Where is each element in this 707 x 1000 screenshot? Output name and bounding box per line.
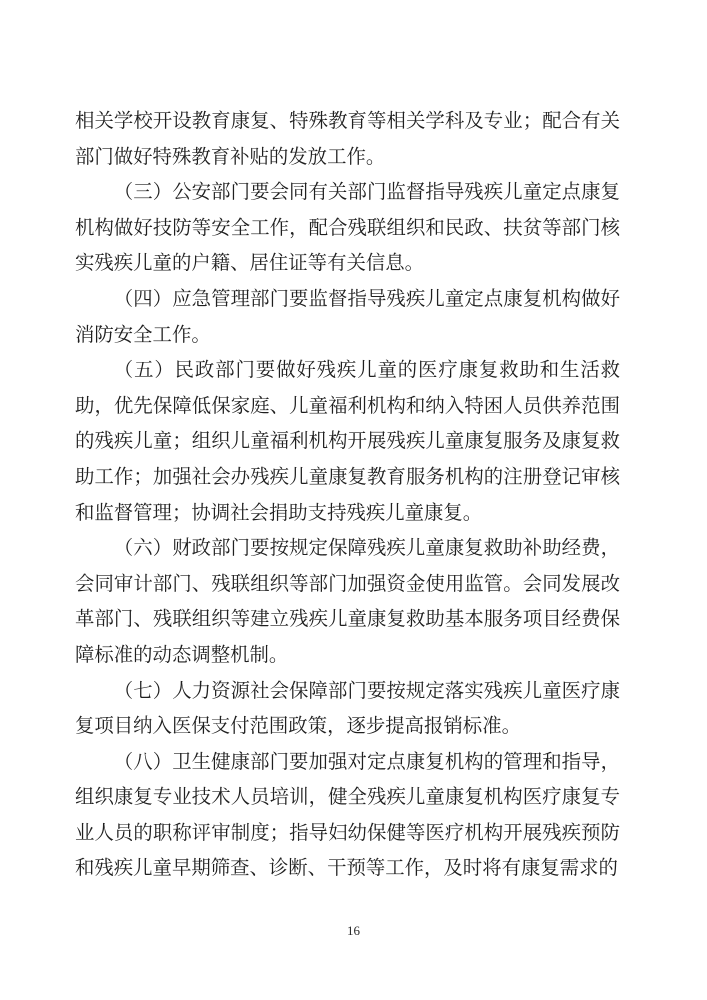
paragraph-continuation: 相关学校开设教育康复、特殊教育等相关学科及专业；配合有关部门做好特殊教育补贴的发… <box>75 104 620 175</box>
paragraph-item-7: （七）人力资源社会保障部门要按规定落实残疾儿童医疗康复项目纳入医保支付范围政策，… <box>75 674 620 745</box>
paragraph-item-5: （五）民政部门要做好残疾儿童的医疗康复救助和生活救助，优先保障低保家庭、儿童福利… <box>75 353 620 531</box>
paragraph-item-8: （八）卫生健康部门要加强对定点康复机构的管理和指导，组织康复专业技术人员培训，健… <box>75 745 620 887</box>
page-number: 16 <box>347 923 360 938</box>
paragraph-item-3: （三）公安部门要会同有关部门监督指导残疾儿童定点康复机构做好技防等安全工作，配合… <box>75 175 620 282</box>
page-footer: 16 <box>0 922 707 940</box>
document-page: 相关学校开设教育康复、特殊教育等相关学科及专业；配合有关部门做好特殊教育补贴的发… <box>0 0 707 1000</box>
paragraph-item-6: （六）财政部门要按规定保障残疾儿童康复救助补助经费，会同审计部门、残联组织等部门… <box>75 531 620 673</box>
document-body: 相关学校开设教育康复、特殊教育等相关学科及专业；配合有关部门做好特殊教育补贴的发… <box>75 104 620 887</box>
paragraph-item-4: （四）应急管理部门要监督指导残疾儿童定点康复机构做好消防安全工作。 <box>75 282 620 353</box>
